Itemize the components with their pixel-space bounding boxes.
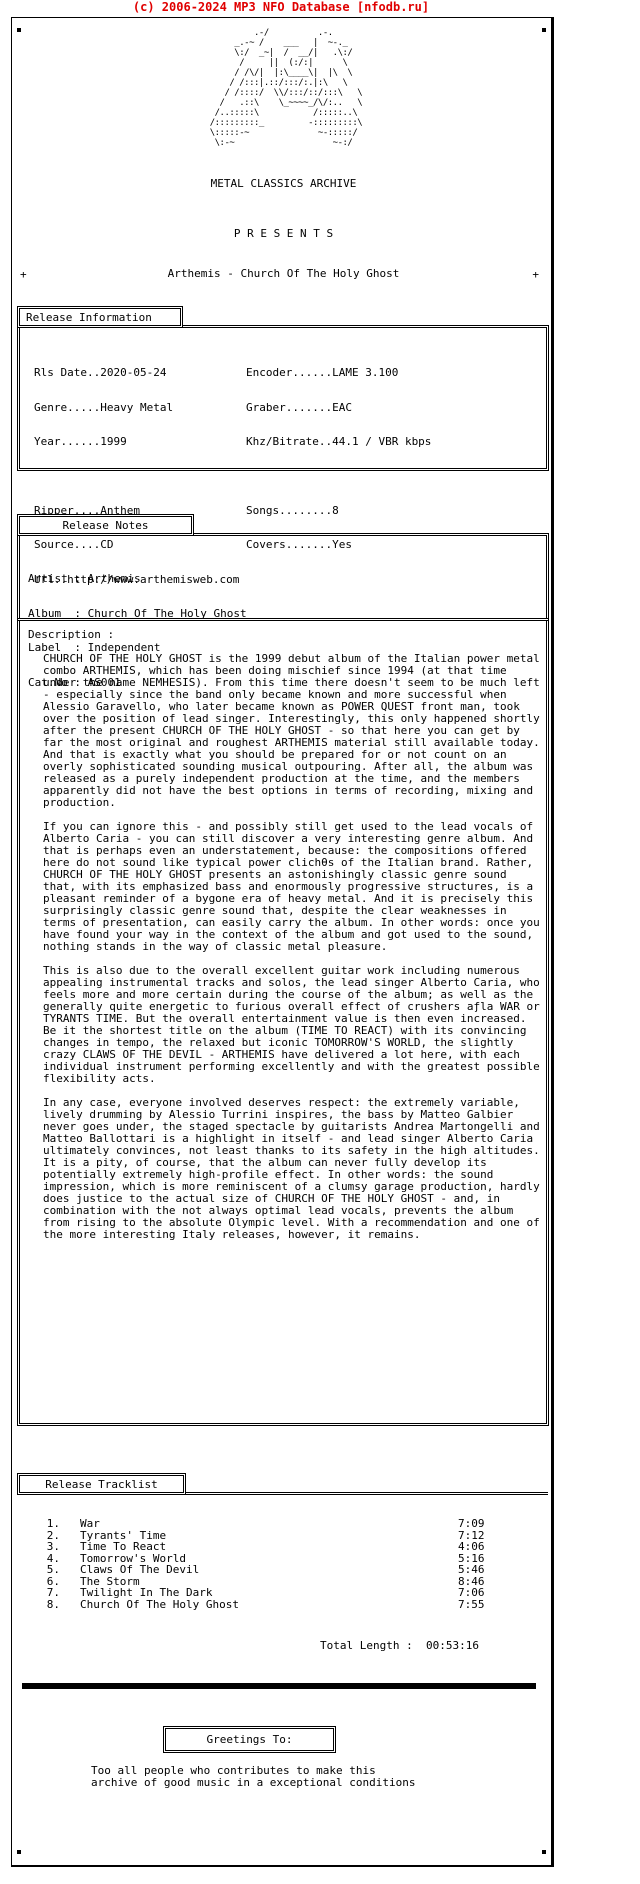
release-notes-meta-box: Artist : Arthemis Album : Church Of The … bbox=[17, 533, 549, 621]
track-title: Claws Of The Devil bbox=[80, 1564, 458, 1576]
track-row: 5.Claws Of The Devil5:46 bbox=[38, 1564, 498, 1576]
description-box: Description : CHURCH OF THE HOLY GHOST i… bbox=[17, 618, 549, 1426]
corner-dot-icon bbox=[542, 1850, 546, 1854]
corner-dot-icon bbox=[17, 1850, 21, 1854]
track-title: Twilight In The Dark bbox=[80, 1587, 458, 1599]
tracklist: 1.War7:092.Tyrants' Time7:123.Time To Re… bbox=[38, 1518, 498, 1610]
track-number: 5. bbox=[38, 1564, 60, 1576]
track-duration: 7:06 bbox=[458, 1587, 498, 1599]
track-number: 1. bbox=[38, 1518, 60, 1530]
track-number: 7. bbox=[38, 1587, 60, 1599]
track-row: 7.Twilight In The Dark7:06 bbox=[38, 1587, 498, 1599]
track-duration: 4:06 bbox=[458, 1541, 498, 1553]
credits-banner: (c) 2006-2024 MP3 NFO Database [nfodb.ru… bbox=[0, 0, 562, 14]
track-row: 8.Church Of The Holy Ghost7:55 bbox=[38, 1599, 498, 1611]
track-number: 3. bbox=[38, 1541, 60, 1553]
track-duration: 5:46 bbox=[458, 1564, 498, 1576]
release-notes-tab: Release Notes bbox=[17, 514, 194, 536]
nfo-frame: .-/ .-. _.-~ / ___ | ~-._ \:/ _~| / __/|… bbox=[11, 17, 554, 1867]
total-length: Total Length : 00:53:16 bbox=[320, 1640, 479, 1652]
description-label: Description : bbox=[28, 629, 114, 641]
field-songs: Songs........8 bbox=[246, 505, 431, 517]
description-paragraph: CHURCH OF THE HOLY GHOST is the 1999 deb… bbox=[43, 653, 543, 809]
track-row: 1.War7:09 bbox=[38, 1518, 498, 1530]
description-body: CHURCH OF THE HOLY GHOST is the 1999 deb… bbox=[43, 653, 543, 1253]
track-duration: 7:55 bbox=[458, 1599, 498, 1611]
section-divider bbox=[22, 1683, 536, 1689]
description-paragraph: This is also due to the overall excellen… bbox=[43, 965, 543, 1085]
description-paragraph: If you can ignore this - and possibly st… bbox=[43, 821, 543, 953]
meta-artist: Artist : Arthemis bbox=[28, 573, 247, 585]
ascii-logo-art: .-/ .-. _.-~ / ___ | ~-._ \:/ _~| / __/|… bbox=[205, 28, 362, 148]
track-title: Church Of The Holy Ghost bbox=[80, 1599, 458, 1611]
track-row: 3.Time To React4:06 bbox=[38, 1541, 498, 1553]
tracklist-tab: Release Tracklist bbox=[17, 1473, 186, 1495]
bullet-right: + bbox=[532, 268, 539, 281]
archive-name: METAL CLASSICS ARCHIVE bbox=[12, 178, 555, 190]
track-duration: 7:09 bbox=[458, 1518, 498, 1530]
greetings-tab: Greetings To: bbox=[163, 1726, 336, 1753]
track-title: War bbox=[80, 1518, 458, 1530]
track-number: 8. bbox=[38, 1599, 60, 1611]
track-title: Time To React bbox=[80, 1541, 458, 1553]
release-title: Arthemis - Church Of The Holy Ghost bbox=[12, 268, 555, 280]
greetings-text: Too all people who contributes to make t… bbox=[91, 1765, 416, 1788]
presents-heading: P R E S E N T S bbox=[12, 228, 555, 240]
tracklist-rule bbox=[180, 1492, 548, 1495]
ascii-logo: .-/ .-. _.-~ / ___ | ~-._ \:/ _~| / __/|… bbox=[12, 28, 555, 148]
release-information-tab: Release Information bbox=[17, 306, 183, 328]
description-paragraph: In any case, everyone involved deserves … bbox=[43, 1097, 543, 1241]
